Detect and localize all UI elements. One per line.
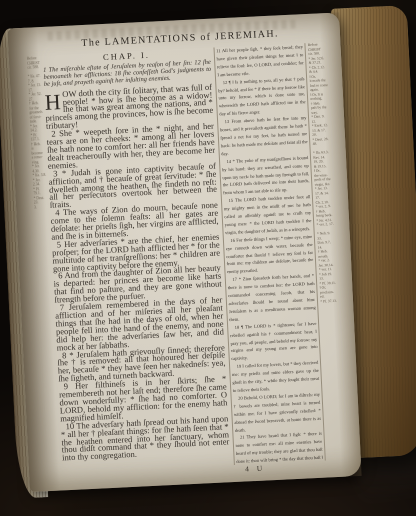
page: The LAMENTATIONS of JEREMIAH. Before CHR… — [7, 12, 361, 492]
page-content: The LAMENTATIONS of JEREMIAH. Before CHR… — [26, 23, 356, 486]
verse-paragraph: 20 Behold, O LORD; for I am in diſtreſs:… — [233, 391, 322, 435]
drop-cap: H — [44, 91, 63, 112]
verse-paragraph: 10 The adverſary hath ſpread out his han… — [60, 415, 229, 463]
verse-paragraph: 13 From above hath he ſent fire into my … — [220, 114, 309, 158]
left-column: CHAP. I. 1 The miſerable eſtate of Jeruſ… — [41, 48, 234, 474]
verse-paragraph: 17 * Zion ſpreadeth forth her hands, and… — [227, 272, 316, 324]
verse-paragraph: 11 All her people ſigh, * they ſeek brea… — [216, 43, 304, 79]
verse-paragraph: 15 The LORD hath trodden under foot all … — [223, 193, 312, 237]
signature-mark: 4 U — [245, 464, 265, 474]
verse-paragraph: 16 For theſe things I weep; * mine eye, … — [225, 233, 314, 277]
verse-paragraph: 19 I called for my lovers, but * they de… — [231, 359, 319, 395]
verse-paragraph: 12 ¶ ‖ Is it nothing to you, all ye that… — [218, 75, 307, 119]
text-columns: Before CHRIST cir. 588. * Iſa. 47. 7, 8.… — [27, 42, 355, 475]
verse-paragraph: 18 ¶ The LORD is * righteous; for I have… — [230, 320, 319, 364]
verse-paragraph: 14 * The yoke of my tranſgreſſions is bo… — [221, 154, 310, 198]
book: The LAMENTATIONS of JEREMIAH. Before CHR… — [0, 5, 416, 502]
